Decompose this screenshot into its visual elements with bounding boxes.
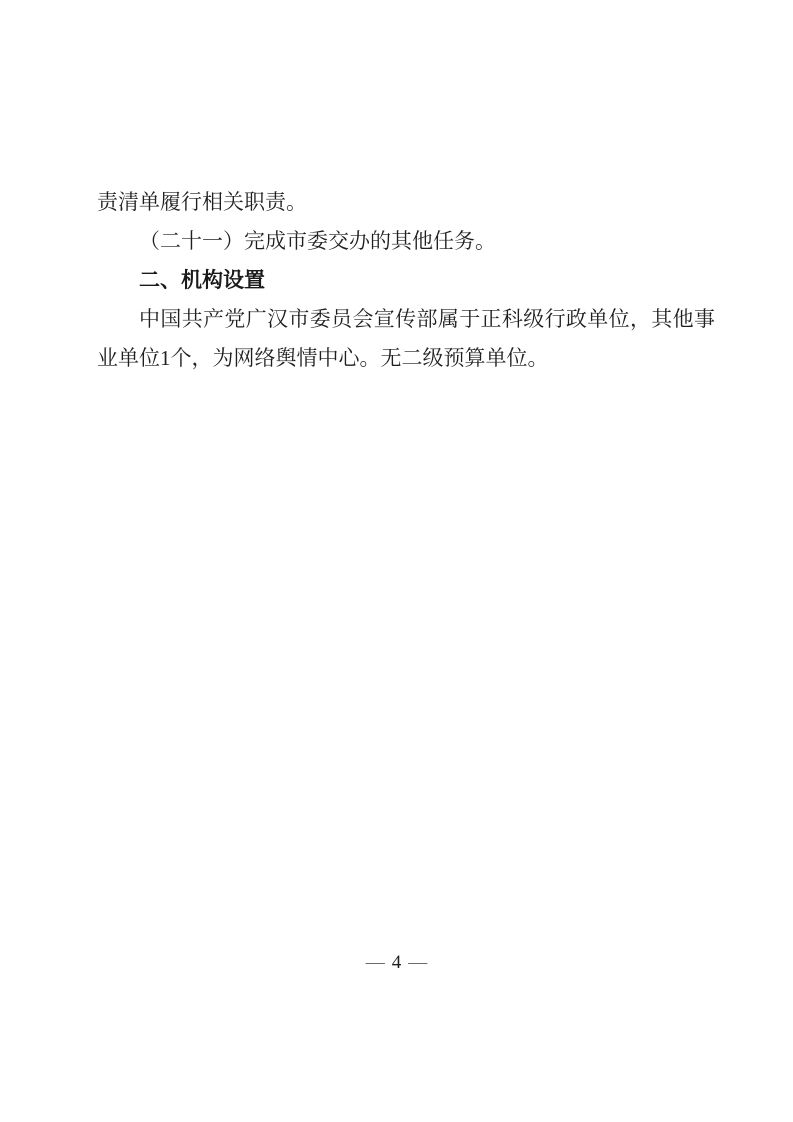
page-number-dash-left: — [366,952,385,973]
paragraph-item-21: （二十一）完成市委交办的其他任务。 [97,222,715,261]
paragraph-org-setup: 中国共产党广汉市委员会宣传部属于正科级行政单位，其他事业单位1个，为网络舆情中心… [97,300,715,378]
document-body: 责清单履行相关职责。 （二十一）完成市委交办的其他任务。 二、机构设置 中国共产… [97,183,715,378]
section-heading-organization-setup: 二、机构设置 [97,261,715,300]
page-footer: —4— [0,951,793,975]
document-page: 责清单履行相关职责。 （二十一）完成市委交办的其他任务。 二、机构设置 中国共产… [0,0,793,1122]
page-number-dash-right: — [408,952,427,973]
paragraph-continuation: 责清单履行相关职责。 [97,183,715,222]
page-number: 4 [392,952,402,973]
